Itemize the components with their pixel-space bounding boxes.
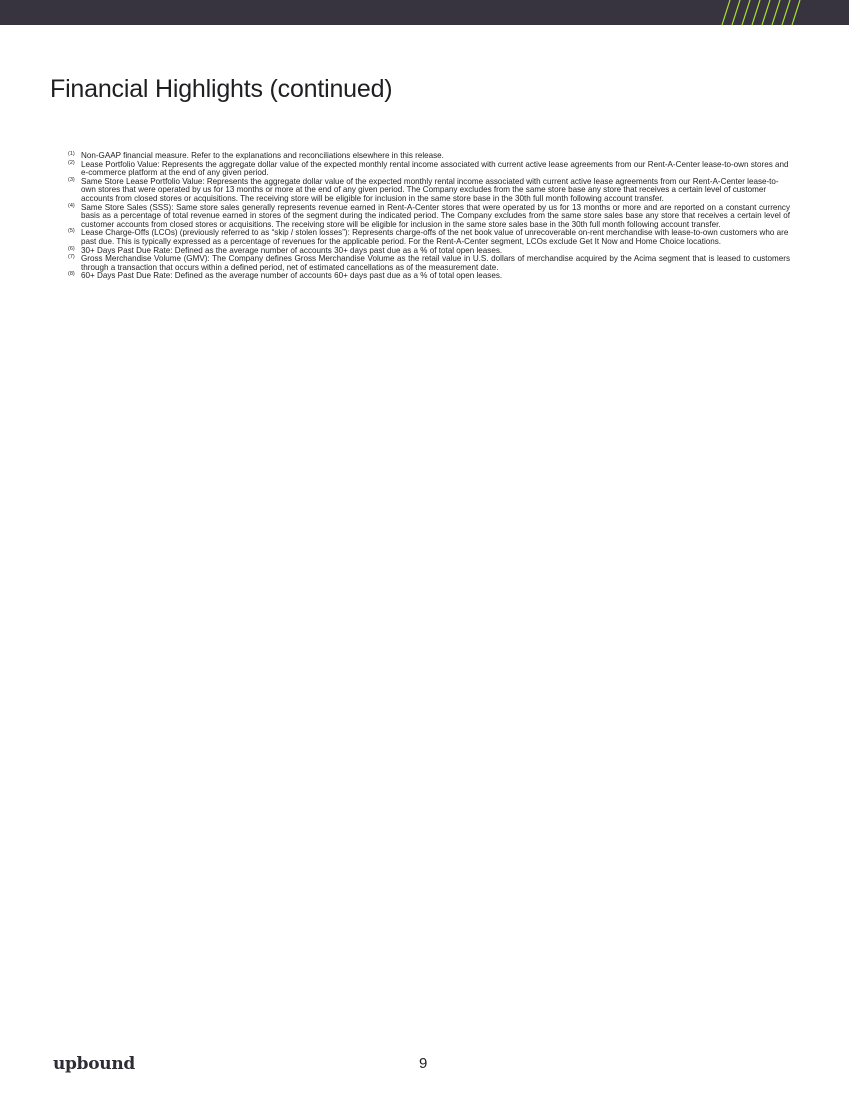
footnote-5: (5) Lease Charge-Offs (LCOs) (previously… bbox=[68, 229, 790, 246]
footnote-8: (8) 60+ Days Past Due Rate: Defined as t… bbox=[68, 272, 790, 281]
footnote-number: (8) bbox=[68, 271, 75, 277]
footnote-2: (2) Lease Portfolio Value: Represents th… bbox=[68, 161, 790, 178]
brand-logo: upbound bbox=[53, 1054, 135, 1074]
header-bar bbox=[0, 0, 849, 25]
footnote-number: (6) bbox=[68, 246, 75, 252]
footnote-number: (7) bbox=[68, 254, 75, 260]
footnotes-list: (1) Non-GAAP financial measure. Refer to… bbox=[68, 152, 790, 281]
footnote-number: (3) bbox=[68, 177, 75, 183]
footnote-number: (1) bbox=[68, 151, 75, 157]
footnote-text: Same Store Lease Portfolio Value: Repres… bbox=[81, 178, 790, 204]
footnote-3: (3) Same Store Lease Portfolio Value: Re… bbox=[68, 178, 790, 204]
footnote-number: (2) bbox=[68, 160, 75, 166]
footnote-text: Same Store Sales (SSS): Same store sales… bbox=[81, 204, 790, 230]
footnote-7: (7) Gross Merchandise Volume (GMV): The … bbox=[68, 255, 790, 272]
page-number: 9 bbox=[419, 1055, 427, 1072]
footnote-number: (4) bbox=[68, 203, 75, 209]
decorative-stripes-icon bbox=[718, 0, 818, 25]
footnote-4: (4) Same Store Sales (SSS): Same store s… bbox=[68, 204, 790, 230]
footnote-text: Lease Portfolio Value: Represents the ag… bbox=[81, 161, 790, 178]
footnote-text: 60+ Days Past Due Rate: Defined as the a… bbox=[81, 272, 790, 281]
page-title: Financial Highlights (continued) bbox=[50, 75, 392, 104]
footnote-text: Lease Charge-Offs (LCOs) (previously ref… bbox=[81, 229, 790, 246]
footnote-number: (5) bbox=[68, 228, 75, 234]
footnote-text: Gross Merchandise Volume (GMV): The Comp… bbox=[81, 255, 790, 272]
